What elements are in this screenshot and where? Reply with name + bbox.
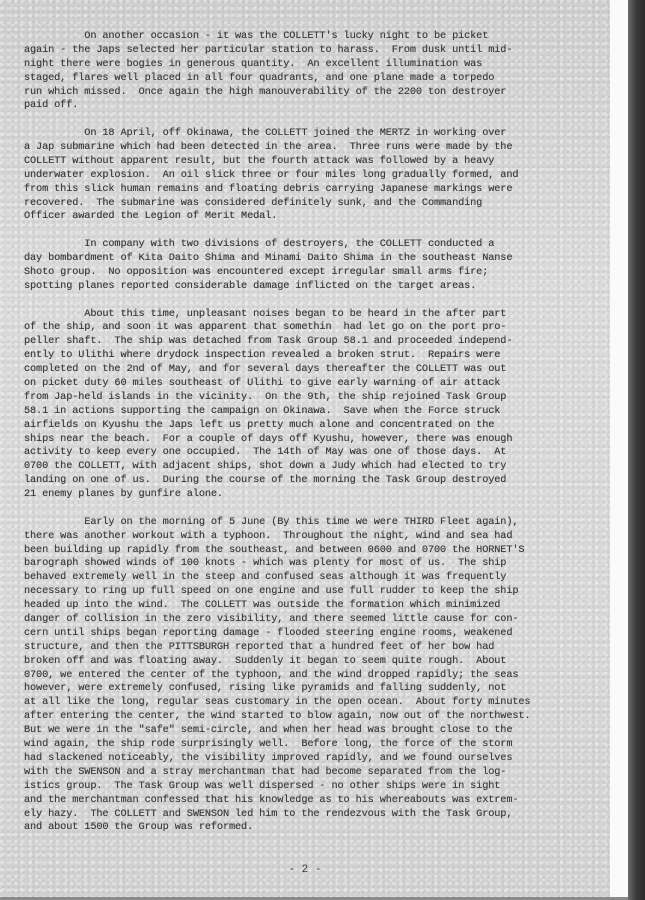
text-line: landing on one of us. During the course … <box>24 474 609 488</box>
text-line: Early on the morning of 5 June (By this … <box>24 516 609 530</box>
text-line: ely hazy. The COLLETT and SWENSON led hi… <box>24 808 609 822</box>
text-line: of the ship, and soon it was apparent th… <box>24 321 609 335</box>
text-line: In company with two divisions of destroy… <box>24 238 609 252</box>
text-line: on picket duty 60 miles southeast of Uli… <box>24 377 609 391</box>
paragraph-submarine: On 18 April, off Okinawa, the COLLETT jo… <box>24 127 609 224</box>
text-line: structure, and then the PITTSBURGH repor… <box>24 641 609 655</box>
text-line: after entering the center, the wind star… <box>24 710 609 724</box>
text-line: istics group. The Task Group was well di… <box>24 780 609 794</box>
text-line: recovered. The submarine was considered … <box>24 197 609 211</box>
page-margin-strip <box>610 0 628 900</box>
text-line: at all like the long, regular seas custo… <box>24 696 609 710</box>
text-line: headed up into the wind. The COLLETT was… <box>24 599 609 613</box>
text-line: broken off and was floating away. Sudden… <box>24 655 609 669</box>
text-line: been building up rapidly from the southe… <box>24 544 609 558</box>
text-line: with the SWENSON and a stray merchantman… <box>24 766 609 780</box>
text-line: and the merchantman confessed that his k… <box>24 794 609 808</box>
text-line: again - the Japs selected her particular… <box>24 44 609 58</box>
text-line: 0700 the COLLETT, with adjacent ships, s… <box>24 460 609 474</box>
text-line: staged, flares well placed in all four q… <box>24 72 609 86</box>
text-line: danger of collision in the zero visibili… <box>24 613 609 627</box>
text-line: About this time, unpleasant noises began… <box>24 308 609 322</box>
text-line: spotting planes reported considerable da… <box>24 280 609 294</box>
page-number: - 2 - <box>0 864 610 876</box>
text-line: had slackened noticeably, the visibility… <box>24 752 609 766</box>
paragraph-bombardment: In company with two divisions of destroy… <box>24 238 609 294</box>
text-line: COLLETT without apparent result, but the… <box>24 155 609 169</box>
text-line: wind again, the ship rode surprisingly w… <box>24 738 609 752</box>
document-body: On another occasion - it was the COLLETT… <box>24 30 609 849</box>
text-line: night there were bogies in generous quan… <box>24 58 609 72</box>
text-line: 58.1 in actions supporting the campaign … <box>24 405 609 419</box>
text-line: peller shaft. The ship was detached from… <box>24 335 609 349</box>
paragraph-picket-night: On another occasion - it was the COLLETT… <box>24 30 609 113</box>
text-line: and about 1500 the Group was reformed. <box>24 821 609 835</box>
text-line: there was another workout with a typhoon… <box>24 530 609 544</box>
text-line: On 18 April, off Okinawa, the COLLETT jo… <box>24 127 609 141</box>
scanner-edge-bar <box>628 0 645 900</box>
text-line: paid off. <box>24 99 609 113</box>
text-line: 21 enemy planes by gunfire alone. <box>24 488 609 502</box>
text-line: On another occasion - it was the COLLETT… <box>24 30 609 44</box>
text-line: 0700, we entered the center of the typho… <box>24 669 609 683</box>
text-line: behaved extremely well in the steep and … <box>24 571 609 585</box>
text-line: cern until ships began reporting damage … <box>24 627 609 641</box>
text-line: airfields on Kyushu the Japs left us pre… <box>24 419 609 433</box>
paragraph-propeller: About this time, unpleasant noises began… <box>24 308 609 502</box>
text-line: from Jap-held islands in the vicinity. O… <box>24 391 609 405</box>
text-line: run which missed. Once again the high ma… <box>24 86 609 100</box>
text-line: from this slick human remains and floati… <box>24 183 609 197</box>
text-line: completed on the 2nd of May, and for sev… <box>24 363 609 377</box>
text-line: barograph showed winds of 100 knots - wh… <box>24 557 609 571</box>
paragraph-typhoon: Early on the morning of 5 June (By this … <box>24 516 609 835</box>
text-line: Officer awarded the Legion of Merit Meda… <box>24 210 609 224</box>
text-line: activity to keep every one occupied. The… <box>24 446 609 460</box>
text-line: But we were in the "safe" semi-circle, a… <box>24 724 609 738</box>
text-line: Shoto group. No opposition was encounter… <box>24 266 609 280</box>
text-line: ently to Ulithi where drydock inspection… <box>24 349 609 363</box>
text-line: ships near the beach. For a couple of da… <box>24 433 609 447</box>
text-line: underwater explosion. An oil slick three… <box>24 169 609 183</box>
text-line: a Jap submarine which had been detected … <box>24 141 609 155</box>
text-line: necessary to ring up full speed on one e… <box>24 585 609 599</box>
text-line: however, were extremely confused, rising… <box>24 682 609 696</box>
text-line: day bombardment of Kita Daito Shima and … <box>24 252 609 266</box>
